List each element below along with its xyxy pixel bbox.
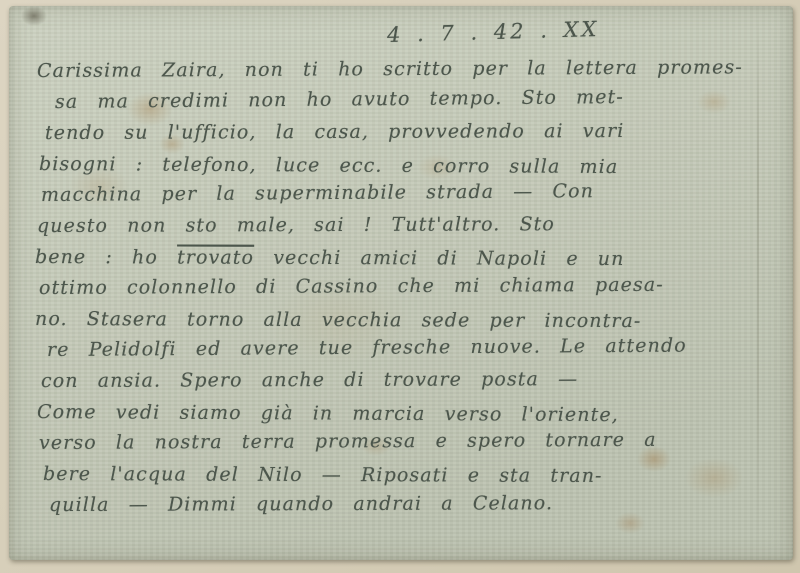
- corner-smudge: [21, 6, 47, 26]
- letter-line: tendo su l'ufficio, la casa, provvedendo…: [45, 115, 781, 149]
- postcard-paper: 4 . 7 . 42 . XX Carissima Zaira, non ti …: [9, 6, 793, 560]
- overlined-word: trovato: [177, 246, 254, 268]
- letter-line-segment: bene : ho: [35, 246, 177, 268]
- letter-line-segment: vecchi amici di Napoli e un: [254, 247, 624, 270]
- letter-line: verso la nostra terra promessa e spero t…: [39, 424, 781, 459]
- letter-line: ottimo colonnello di Cassino che mi chia…: [39, 269, 781, 304]
- letter-line: sa ma credimi non ho avuto tempo. Sto me…: [55, 81, 781, 118]
- letter-line: re Pelidolfi ed avere tue fresche nuove.…: [47, 330, 781, 366]
- letter-line: questo non sto male, sai ! Tutt'altro. S…: [37, 208, 781, 242]
- letter-body: Carissima Zaira, non ti ho scritto per l…: [35, 56, 781, 521]
- handwritten-date: 4 . 7 . 42 . XX: [387, 17, 600, 47]
- letter-line: quilla — Dimmi quando andrai a Celano.: [49, 487, 781, 521]
- scanned-image: 4 . 7 . 42 . XX Carissima Zaira, non ti …: [0, 0, 800, 573]
- letter-line: con ansia. Spero anche di trovare posta …: [41, 363, 781, 397]
- letter-line: macchina per la superminabile strada — C…: [41, 175, 781, 211]
